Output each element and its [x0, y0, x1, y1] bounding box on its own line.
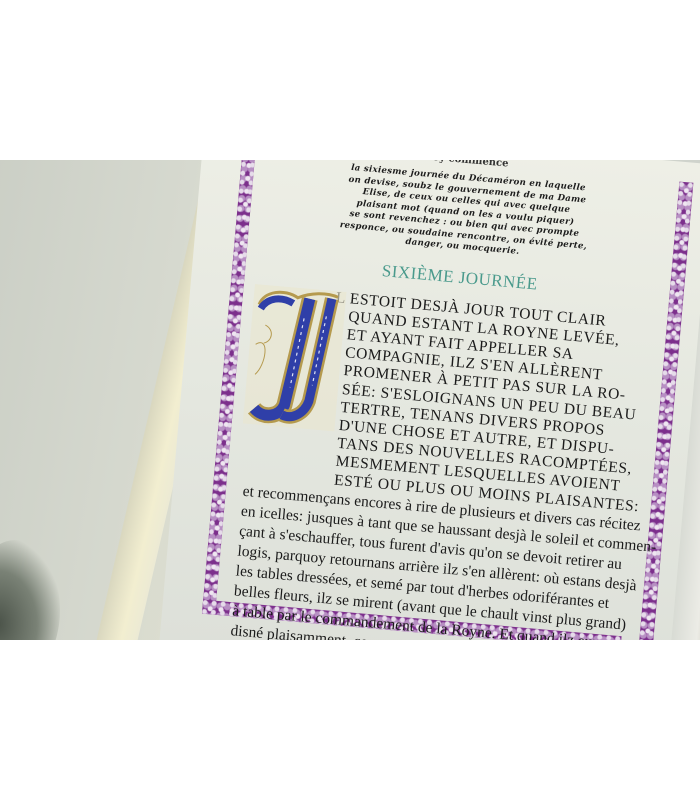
book-photo: Cy commence la sixiesme journée du Décam…	[0, 160, 700, 640]
illuminated-initial-icon	[243, 283, 347, 430]
page-content: Cy commence la sixiesme journée du Décam…	[230, 160, 667, 640]
right-page: Cy commence la sixiesme journée du Décam…	[156, 160, 700, 640]
body-text: L ESTOIT DESJÀ JOUR TOUT CLAIR QUAND EST…	[230, 282, 655, 640]
